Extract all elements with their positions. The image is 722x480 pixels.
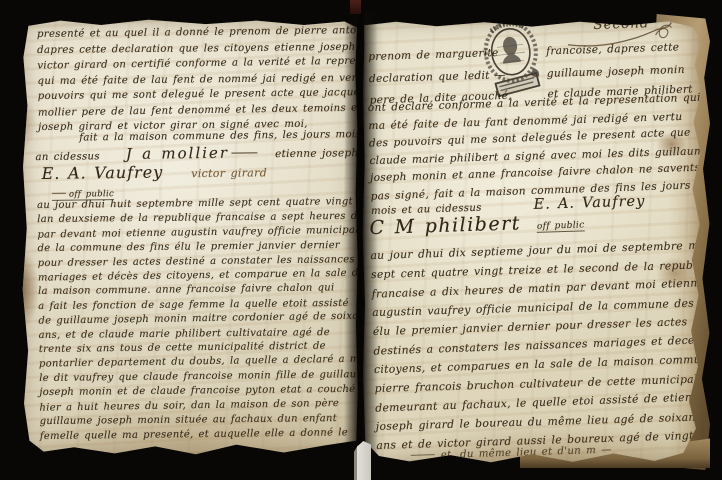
left-page-text: presenté et au quel il a donné le prenom… [20,18,358,456]
right-page-text: Second [362,20,702,464]
binding-mark [350,0,361,14]
signature-row: E. A. Vaufrey victor girard [42,161,268,183]
binding-ribbon [354,441,371,480]
signature-philibert: C M philibert [369,212,521,239]
signature-etienne-joseph-girard: etienne joseph girard [275,147,358,161]
officer-title-note: off public [537,220,585,232]
left-page: presenté et au quel il a donné le prenom… [20,18,358,456]
signature-victor-girard: victor girard [191,166,267,180]
signature-vaufrey: E. A. Vaufrey [42,163,164,183]
right-page: Second [362,20,702,464]
closing-prefix: an cidessus [35,151,100,163]
manuscript-scan-photo: presenté et au quel il a donné le prenom… [0,0,722,480]
right-paragraph-2: au jour dhui dix septieme jour du moi de… [370,234,702,455]
signature-row: an cidessus J a mollier etienne joseph g… [35,142,358,164]
revenue-stamp-icon [479,20,548,101]
signature-mollier: J a mollier [126,143,257,163]
manuscript-line: ans, et de claude marie philibert cultiv… [39,325,358,343]
line-fragment-right: francoise, dapres cette [546,41,679,57]
manuscript-line: qui ma été faite de lau fent de nommé ja… [37,70,358,89]
line-fragment-right: guillaume joseph monin [547,63,685,79]
signature-vaufrey: E. A. Vaufrey [533,193,645,213]
left-paragraph-1: presenté et au quel il a donné le prenom… [37,22,358,135]
left-paragraph-2: au jour dhui huit septembre mille sept c… [37,195,358,444]
right-paragraph-1: ont declaré conforme a la verité et la r… [368,89,702,205]
closing-formula-line: fait a la maison commune des fins, les j… [79,129,358,144]
